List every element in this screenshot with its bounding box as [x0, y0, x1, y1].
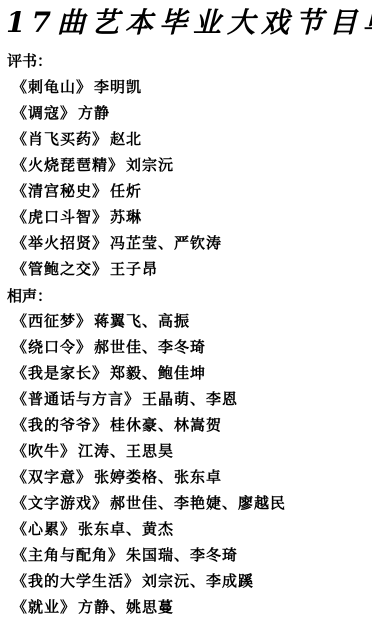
- program-list-xiangsheng: 《西征梦》蒋翼飞、高振 《绕口令》郝世佳、李冬琦 《我是家长》郑毅、鲍佳坤 《普…: [12, 308, 286, 620]
- work-title: 《刺龟山》: [12, 78, 92, 96]
- program-item: 《清宫秘史》任炘: [12, 178, 222, 204]
- program-item: 《我的爷爷》桂休豪、林嵩贺: [12, 412, 286, 438]
- performers: 刘宗沅: [126, 156, 174, 174]
- program-item: 《绕口令》郝世佳、李冬琦: [12, 334, 286, 360]
- program-item: 《文字游戏》郝世佳、李艳婕、廖越民: [12, 490, 286, 516]
- work-title: 《绕口令》: [12, 338, 92, 356]
- program-item: 《西征梦》蒋翼飞、高振: [12, 308, 286, 334]
- performers: 蒋翼飞、高振: [94, 312, 190, 330]
- section-header-xiangsheng: 相声：: [7, 287, 52, 305]
- page-title: 17曲艺本毕业大戏节目单: [6, 5, 372, 41]
- performers: 郝世佳、李艳婕、廖越民: [110, 494, 286, 512]
- program-item: 《心累》张东卓、黄杰: [12, 516, 286, 542]
- performers: 张婷娄格、张东卓: [94, 468, 222, 486]
- work-title: 《肖飞买药》: [12, 130, 108, 148]
- work-title: 《双字意》: [12, 468, 92, 486]
- work-title: 《举火招贤》: [12, 234, 108, 252]
- program-item: 《刺龟山》李明凯: [12, 74, 222, 100]
- program-list-pingshu: 《刺龟山》李明凯 《调寇》方静 《肖飞买药》赵北 《火烧琵琶精》刘宗沅 《清宫秘…: [12, 74, 222, 282]
- program-item: 《吹牛》江涛、王思昊: [12, 438, 286, 464]
- work-title: 《心累》: [12, 520, 76, 538]
- performers: 江涛、王思昊: [78, 442, 174, 460]
- program-item: 《主角与配角》朱国瑞、李冬琦: [12, 542, 286, 568]
- work-title: 《调寇》: [12, 104, 76, 122]
- work-title: 《文字游戏》: [12, 494, 108, 512]
- performers: 方静: [78, 104, 110, 122]
- performers: 任炘: [110, 182, 142, 200]
- work-title: 《火烧琵琶精》: [12, 156, 124, 174]
- performers: 王子昂: [110, 260, 158, 278]
- performers: 苏琳: [110, 208, 142, 226]
- work-title: 《清宫秘史》: [12, 182, 108, 200]
- work-title: 《虎口斗智》: [12, 208, 108, 226]
- program-item: 《调寇》方静: [12, 100, 222, 126]
- work-title: 《我是家长》: [12, 364, 108, 382]
- performers: 冯芷莹、严钦涛: [110, 234, 222, 252]
- work-title: 《吹牛》: [12, 442, 76, 460]
- work-title: 《就业》: [12, 598, 76, 616]
- program-item: 《就业》方静、姚思蔓: [12, 594, 286, 620]
- performers: 赵北: [110, 130, 142, 148]
- program-item: 《我的大学生活》刘宗沅、李成蹊: [12, 568, 286, 594]
- performers: 刘宗沅、李成蹊: [142, 572, 254, 590]
- work-title: 《我的大学生活》: [12, 572, 140, 590]
- performers: 王晶萌、李恩: [142, 390, 238, 408]
- work-title: 《普通话与方言》: [12, 390, 140, 408]
- performers: 桂休豪、林嵩贺: [110, 416, 222, 434]
- performers: 李明凯: [94, 78, 142, 96]
- work-title: 《管鲍之交》: [12, 260, 108, 278]
- work-title: 《主角与配角》: [12, 546, 124, 564]
- section-header-pingshu: 评书：: [7, 52, 52, 70]
- work-title: 《我的爷爷》: [12, 416, 108, 434]
- program-item: 《举火招贤》冯芷莹、严钦涛: [12, 230, 222, 256]
- performers: 朱国瑞、李冬琦: [126, 546, 238, 564]
- program-item: 《普通话与方言》王晶萌、李恩: [12, 386, 286, 412]
- work-title: 《西征梦》: [12, 312, 92, 330]
- program-item: 《我是家长》郑毅、鲍佳坤: [12, 360, 286, 386]
- program-item: 《虎口斗智》苏琳: [12, 204, 222, 230]
- performers: 郑毅、鲍佳坤: [110, 364, 206, 382]
- program-item: 《火烧琵琶精》刘宗沅: [12, 152, 222, 178]
- performers: 张东卓、黄杰: [78, 520, 174, 538]
- program-item: 《肖飞买药》赵北: [12, 126, 222, 152]
- performers: 方静、姚思蔓: [78, 598, 174, 616]
- program-item: 《管鲍之交》王子昂: [12, 256, 222, 282]
- performers: 郝世佳、李冬琦: [94, 338, 206, 356]
- program-item: 《双字意》张婷娄格、张东卓: [12, 464, 286, 490]
